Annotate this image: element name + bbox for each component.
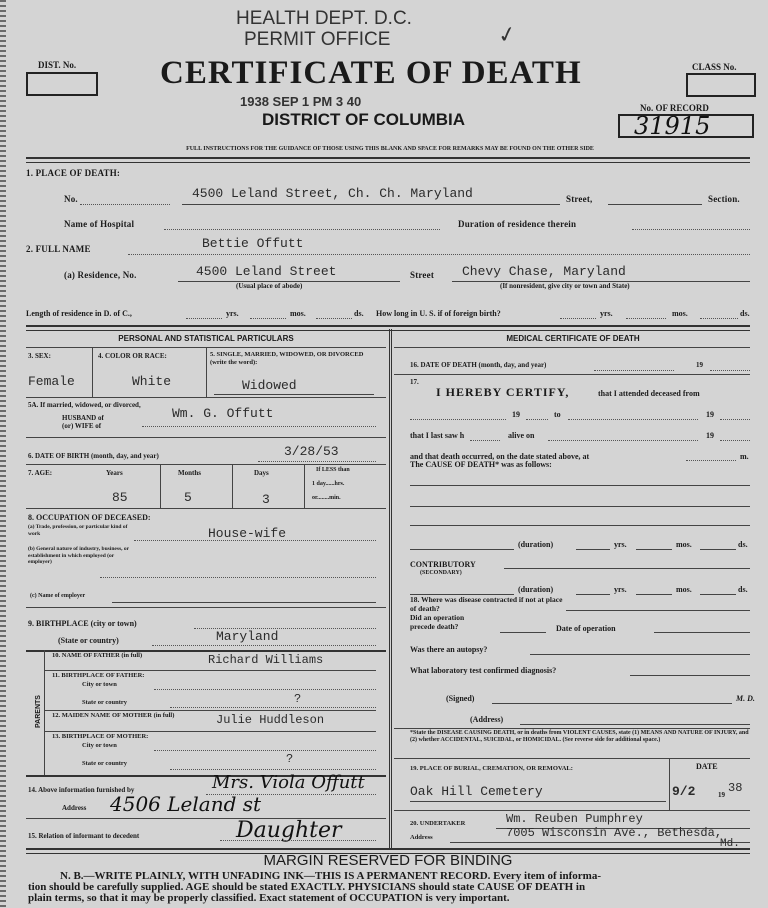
physician-address-label: (Address) xyxy=(470,715,503,724)
date-of-operation-label: Date of operation xyxy=(556,624,616,633)
length-residence-label: Length of residence in D. of C., xyxy=(26,309,132,318)
undertaker-address-value[interactable]: 7005 Wisconsin Ave., Bethesda, xyxy=(506,826,722,840)
divider xyxy=(26,397,386,398)
father-city-field[interactable] xyxy=(154,689,376,690)
birthplace-state-label: (State or country) xyxy=(58,636,119,645)
undertaker-address-line xyxy=(450,842,750,843)
undertaker-label: 20. UNDERTAKER xyxy=(410,820,465,827)
yrs-label-2: yrs. xyxy=(600,309,613,318)
address-field-line xyxy=(182,204,560,205)
last-saw-field[interactable] xyxy=(470,440,500,441)
alive-on-label: alive on xyxy=(508,431,534,440)
last-saw-label: that I last saw h xyxy=(410,431,464,440)
item-17-label: 17. xyxy=(410,378,419,386)
dob-label: 6. DATE OF BIRTH (month, day, and year) xyxy=(28,452,159,460)
occupation-b-field[interactable] xyxy=(100,577,376,578)
marital-value[interactable]: Widowed xyxy=(242,378,297,393)
autopsy-field[interactable] xyxy=(530,654,750,655)
duration-ds-field[interactable] xyxy=(700,549,736,550)
death-year-field[interactable] xyxy=(710,370,750,371)
attended-from-year[interactable] xyxy=(526,419,548,420)
received-date-stamp: 1938 SEP 1 PM 3 40 xyxy=(240,94,361,109)
less-day-field[interactable]: 1 day......hrs. xyxy=(312,481,344,487)
duration-yrs-field[interactable] xyxy=(576,549,610,550)
mother-state-line xyxy=(170,769,376,770)
certify-heading: I HEREBY CERTIFY, xyxy=(436,385,569,400)
cell-divider xyxy=(160,464,161,508)
mother-label: 12. MAIDEN NAME OF MOTHER (in full) xyxy=(52,712,182,720)
date-of-operation-field[interactable] xyxy=(654,632,750,633)
yrs-label: yrs. xyxy=(226,309,239,318)
divider xyxy=(26,157,750,163)
nineteen-label: 19 xyxy=(706,410,714,419)
date-of-death-label: 16. DATE OF DEATH (month, day, and year) xyxy=(410,361,546,369)
foreign-birth-label: How long in U. S. if of foreign birth? xyxy=(376,309,501,318)
record-no-field[interactable]: 31915 xyxy=(618,114,754,138)
employer-field[interactable] xyxy=(112,602,376,603)
class-no-label: CLASS No. xyxy=(692,62,737,72)
dob-value[interactable]: 3/28/53 xyxy=(284,444,339,459)
house-no-field[interactable] xyxy=(80,204,170,205)
cause-label: The CAUSE OF DEATH* was as follows: xyxy=(410,460,552,469)
marital-field-line xyxy=(214,394,374,395)
mos-label: mos. xyxy=(676,540,692,549)
mother-birthplace-value[interactable]: ? xyxy=(286,752,293,766)
spouse-label: 5A. If married, widowed, or divorced, xyxy=(28,401,141,409)
ds-label: ds. xyxy=(354,309,364,318)
birthplace-state-line xyxy=(152,645,376,646)
cell-divider xyxy=(304,464,305,508)
mos-label: mos. xyxy=(290,309,306,318)
class-no-field[interactable] xyxy=(686,73,756,97)
divider xyxy=(26,437,386,438)
signature-field[interactable] xyxy=(492,703,732,704)
cell-divider xyxy=(206,347,207,397)
duration-label-2: (duration) xyxy=(518,585,553,594)
residence-city-value[interactable]: Chevy Chase, Maryland xyxy=(462,264,626,279)
cell-divider xyxy=(232,464,233,508)
full-name-value[interactable]: Bettie Offutt xyxy=(202,236,303,251)
days-value[interactable]: 3 xyxy=(262,492,270,507)
dist-no-field[interactable] xyxy=(26,72,98,96)
column-divider xyxy=(389,329,392,849)
father-state-label: State or country xyxy=(82,699,127,706)
city-note: (If nonresident, give city or town and S… xyxy=(500,282,630,290)
cause-line-2[interactable] xyxy=(410,506,750,507)
lab-test-label: What laboratory test confirmed diagnosis… xyxy=(410,666,556,675)
divider xyxy=(394,374,750,375)
father-city-label: City or town xyxy=(82,681,117,688)
certify-text: that I attended deceased from xyxy=(598,389,700,398)
dob-field-line xyxy=(258,461,376,462)
md-label: M. D. xyxy=(736,694,755,703)
health-dept-stamp: HEALTH DEPT. D.C. xyxy=(236,8,412,30)
autopsy-label: Was there an autopsy? xyxy=(410,645,487,654)
spouse-value[interactable]: Wm. G. Offutt xyxy=(172,406,273,421)
mother-city-label: City or town xyxy=(82,742,117,749)
birthplace-label: 9. BIRTHPLACE (city or town) xyxy=(28,619,137,628)
cause-footnote: *State the DISEASE CAUSING DEATH, or in … xyxy=(410,730,752,744)
race-label: 4. COLOR OR RACE: xyxy=(98,352,167,360)
employer-label: (c) Name of employer xyxy=(30,593,85,599)
residence-value[interactable]: 4500 Leland Street xyxy=(196,264,336,279)
lab-test-field[interactable] xyxy=(630,675,750,676)
relation-line xyxy=(220,840,376,841)
father-birthplace-value[interactable]: ? xyxy=(294,692,301,706)
section-label: Section. xyxy=(708,194,740,204)
undertaker-value[interactable]: Wm. Reuben Pumphrey xyxy=(506,812,643,826)
informant-address[interactable]: 4506 Leland st xyxy=(110,792,261,816)
attended-from-field[interactable] xyxy=(410,419,506,420)
years-label: Years xyxy=(106,469,123,477)
days-label: Days xyxy=(254,469,269,477)
check-mark-icon: ✓ xyxy=(495,20,518,49)
duration-mos-field[interactable] xyxy=(636,549,672,550)
foreign-ds-field[interactable] xyxy=(700,318,738,319)
permit-office-stamp: PERMIT OFFICE xyxy=(244,29,390,51)
divider xyxy=(44,670,376,671)
burial-place-value[interactable]: Oak Hill Cemetery xyxy=(410,784,543,799)
where-contracted-label: 18. Where was disease contracted if not … xyxy=(410,596,570,613)
burial-label: 19. PLACE OF BURIAL, CREMATION, OR REMOV… xyxy=(410,765,573,772)
occupation-label: 8. OCCUPATION OF DECEASED: xyxy=(28,513,151,522)
ds-label-2: ds. xyxy=(740,309,750,318)
divider xyxy=(44,710,376,711)
perforated-edge xyxy=(0,0,6,908)
duration-field[interactable] xyxy=(632,229,750,230)
contrib-ds-field[interactable] xyxy=(700,594,736,595)
where-contracted-field[interactable] xyxy=(566,610,750,611)
m-label: m. xyxy=(740,452,749,461)
occupation-a-label: (a) Trade, profession, or particular kin… xyxy=(28,524,138,537)
divider xyxy=(26,325,750,331)
occupation-b-label: (b) General nature of industry, business… xyxy=(28,546,132,566)
informant-address-label: Address xyxy=(62,804,86,812)
contributory-label: CONTRIBUTORY xyxy=(410,560,476,569)
divider xyxy=(394,810,750,811)
cell-divider xyxy=(669,758,670,810)
operation-label: Did an operation precede death? xyxy=(410,614,490,631)
full-name-field xyxy=(128,254,750,255)
alive-year-field[interactable] xyxy=(720,440,750,441)
mother-birthplace-label: 13. BIRTHPLACE OF MOTHER: xyxy=(52,733,148,740)
hospital-label: Name of Hospital xyxy=(64,219,134,229)
divider xyxy=(26,607,386,608)
divider xyxy=(394,758,750,759)
years-value[interactable]: 85 xyxy=(112,490,128,505)
burial-year-prefix: 19 xyxy=(718,791,725,799)
informant-name[interactable]: Mrs. Viola Offutt xyxy=(212,772,365,793)
birthplace-value[interactable]: Maryland xyxy=(216,629,278,644)
foreign-yrs-field[interactable] xyxy=(560,318,596,319)
occurred-time-field[interactable] xyxy=(686,460,736,461)
secondary-label: (SECONDARY) xyxy=(420,570,462,576)
months-value[interactable]: 5 xyxy=(184,490,192,505)
death-certificate: HEALTH DEPT. D.C. PERMIT OFFICE ✓ DIST. … xyxy=(0,0,768,908)
less-min-field[interactable]: or........min. xyxy=(312,495,341,501)
duration-label: (duration) xyxy=(518,540,553,549)
medical-heading: MEDICAL CERTIFICATE OF DEATH xyxy=(396,334,750,343)
district-subtitle: DISTRICT OF COLUMBIA xyxy=(262,110,465,130)
months-label: Months xyxy=(178,469,201,477)
date-of-death-field[interactable] xyxy=(594,370,674,371)
sex-value[interactable]: Female xyxy=(28,374,75,389)
footer-note-line3: plain terms, so that it may be properly … xyxy=(28,893,758,904)
burial-date-value[interactable]: 9/2 xyxy=(672,784,695,799)
divider xyxy=(26,464,386,465)
burial-year-value[interactable]: 38 xyxy=(728,781,742,795)
contributory-field[interactable] xyxy=(504,568,750,569)
no-label: No. xyxy=(64,194,78,204)
sex-label: 3. SEX: xyxy=(28,352,51,360)
mos-label-2: mos. xyxy=(676,585,692,594)
nineteen-label: 19 xyxy=(706,431,714,440)
father-state-line xyxy=(170,707,376,708)
cause-line-1[interactable] xyxy=(410,485,750,486)
operation-field[interactable] xyxy=(500,632,546,633)
yrs-label-2: yrs. xyxy=(614,585,627,594)
record-number: 31915 xyxy=(634,112,710,140)
to-label: to xyxy=(554,410,561,419)
father-birthplace-label: 11. BIRTHPLACE OF FATHER: xyxy=(52,672,144,679)
mother-value[interactable]: Julie Huddleson xyxy=(216,713,324,727)
residence-label: (a) Residence, No. xyxy=(64,270,137,280)
relation-label: 15. Relation of informant to decedent xyxy=(28,832,139,840)
husband-of-label: HUSBAND of xyxy=(62,414,104,422)
divider xyxy=(44,731,376,732)
marital-label: 5. SINGLE, MARRIED, WIDOWED, OR DIVORCED… xyxy=(210,351,380,367)
yrs-label: yrs. xyxy=(614,540,627,549)
burial-place-line xyxy=(410,801,666,802)
instructions-note: FULL INSTRUCTIONS FOR THE GUIDANCE OF TH… xyxy=(30,146,750,152)
mother-city-field[interactable] xyxy=(154,750,376,751)
father-label: 10. NAME OF FATHER (in full) xyxy=(52,652,182,660)
dist-no-label: DIST. No. xyxy=(38,60,76,70)
personal-heading: PERSONAL AND STATISTICAL PARTICULARS xyxy=(26,334,386,343)
street-label: Street, xyxy=(566,194,592,204)
street-field[interactable] xyxy=(608,204,702,205)
length-mos-field[interactable] xyxy=(250,318,286,319)
cause-line-3[interactable] xyxy=(410,525,750,526)
ds-label: ds. xyxy=(738,540,748,549)
contrib-yrs-field[interactable] xyxy=(576,594,610,595)
father-value[interactable]: Richard Williams xyxy=(208,653,323,667)
burial-date-label: DATE xyxy=(696,762,718,771)
cell-divider xyxy=(92,347,93,397)
attended-to-field[interactable] xyxy=(568,419,698,420)
signed-label: (Signed) xyxy=(446,694,474,703)
parents-side-label: PARENTS xyxy=(35,695,42,728)
wife-of-label: (or) WIFE of xyxy=(62,422,101,430)
hospital-field[interactable] xyxy=(164,229,440,230)
duration-label: Duration of residence therein xyxy=(458,219,576,229)
attended-to-year[interactable] xyxy=(720,419,750,420)
mos-label-2: mos. xyxy=(672,309,688,318)
occupation-a-value[interactable]: House-wife xyxy=(208,526,286,541)
parents-divider xyxy=(44,650,45,776)
divider xyxy=(394,728,750,729)
residence-note: (Usual place of abode) xyxy=(236,282,302,290)
spouse-field-line xyxy=(142,426,376,427)
nineteen-label: 19 xyxy=(696,361,703,369)
mother-state-label: State or country xyxy=(82,760,127,767)
occupation-a-line xyxy=(134,540,376,541)
ds-label-2: ds. xyxy=(738,585,748,594)
document-title: CERTIFICATE OF DEATH xyxy=(160,55,582,92)
less-than-label: If LESS than xyxy=(316,467,350,473)
full-name-label: 2. FULL NAME xyxy=(26,244,91,254)
length-yrs-field[interactable] xyxy=(186,318,222,319)
duration-field[interactable] xyxy=(410,549,514,550)
race-value[interactable]: White xyxy=(132,374,171,389)
foreign-mos-field[interactable] xyxy=(626,318,666,319)
divider xyxy=(26,508,386,509)
contrib-mos-field[interactable] xyxy=(636,594,672,595)
margin-reserved-heading: MARGIN RESERVED FOR BINDING xyxy=(26,852,750,869)
place-of-death-label: 1. PLACE OF DEATH: xyxy=(26,168,120,178)
physician-address-field[interactable] xyxy=(520,724,750,725)
length-ds-field[interactable] xyxy=(316,318,352,319)
place-of-death-address[interactable]: 4500 Leland Street, Ch. Ch. Maryland xyxy=(192,186,473,201)
age-label: 7. AGE: xyxy=(28,469,52,477)
alive-on-field[interactable] xyxy=(548,440,698,441)
nineteen-label: 19 xyxy=(512,410,520,419)
street-label-2: Street xyxy=(410,270,434,280)
divider xyxy=(394,347,750,348)
undertaker-address-label: Address xyxy=(410,834,433,841)
